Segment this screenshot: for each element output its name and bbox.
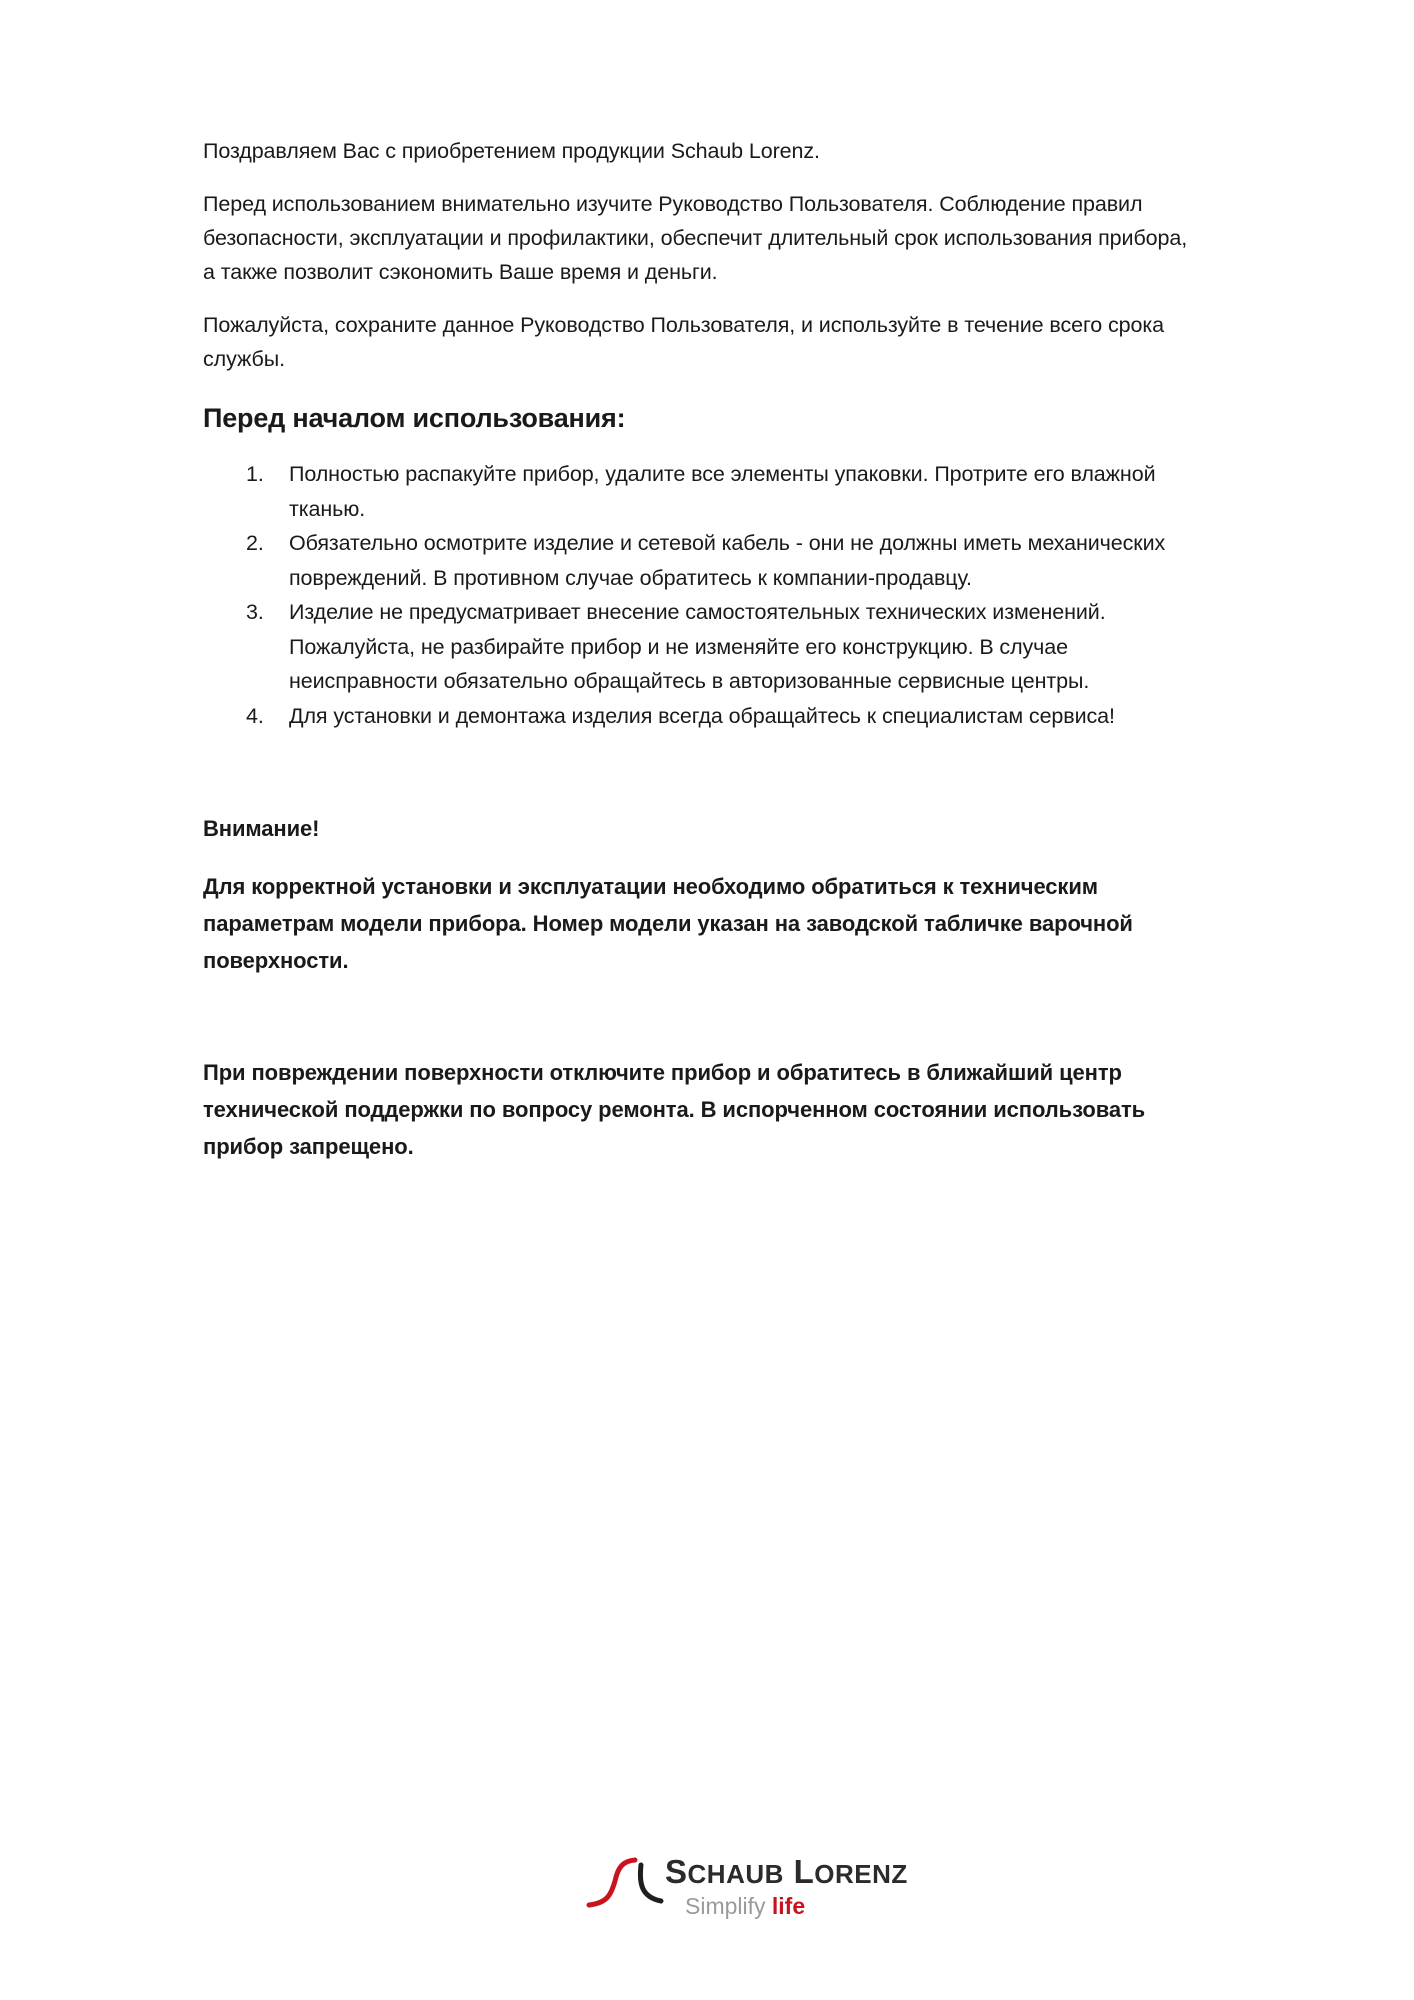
text-line: Для установки и демонтажа изделия всегда… [289, 699, 1165, 734]
schaub-lorenz-logo: SCHAUB LORENZ Simplify life [585, 1853, 935, 1923]
text-line: Изделие не предусматривает внесение само… [289, 595, 1165, 630]
brand-initial: S [665, 1853, 688, 1890]
list-number: 4. [246, 699, 264, 734]
text-line: параметрам модели прибора. Номер модели … [203, 905, 1133, 942]
list-item: 2. Обязательно осмотрите изделие и сетев… [203, 526, 1165, 595]
text-line: прибор запрещено. [203, 1128, 1145, 1165]
brand-text: CHAUB [688, 1859, 784, 1889]
brand-name: SCHAUB LORENZ [665, 1853, 908, 1891]
before-use-list: 1. Полностью распакуйте прибор, удалите … [203, 457, 1165, 733]
sl-swoosh-icon [585, 1855, 665, 1915]
text-line: Перед использованием внимательно изучите… [203, 187, 1187, 221]
text-line: Пожалуйста, сохраните данное Руководство… [203, 308, 1164, 342]
section-heading: Перед началом использования: [203, 403, 625, 434]
greeting-text: Поздравляем Вас с приобретением продукци… [203, 134, 820, 168]
text-line: Обязательно осмотрите изделие и сетевой … [289, 526, 1165, 561]
list-item: 3. Изделие не предусматривает внесение с… [203, 595, 1165, 699]
brand-initial: L [794, 1853, 815, 1890]
text-line: Для корректной установки и эксплуатации … [203, 868, 1133, 905]
text-line: Полностью распакуйте прибор, удалите все… [289, 457, 1165, 492]
text-line: неисправности обязательно обращайтесь в … [289, 664, 1165, 699]
warning-title: Внимание! [203, 810, 319, 847]
intro-paragraph-1: Перед использованием внимательно изучите… [203, 187, 1187, 289]
text-line: При повреждении поверхности отключите пр… [203, 1054, 1145, 1091]
list-number: 3. [246, 595, 264, 630]
text-line: технической поддержки по вопросу ремонта… [203, 1091, 1145, 1128]
text-line: поверхности. [203, 942, 1133, 979]
brand-text: ORENZ [814, 1859, 908, 1889]
tagline-prefix: Simplify [685, 1893, 772, 1919]
text-line: службы. [203, 342, 1164, 376]
brand-tagline: Simplify life [685, 1893, 805, 1920]
text-line: тканью. [289, 492, 1165, 527]
list-number: 1. [246, 457, 264, 492]
warning-paragraph-1: Для корректной установки и эксплуатации … [203, 868, 1133, 979]
list-item: 1. Полностью распакуйте прибор, удалите … [203, 457, 1165, 526]
tagline-accent: life [772, 1893, 805, 1919]
text-line: безопасности, эксплуатации и профилактик… [203, 221, 1187, 255]
list-number: 2. [246, 526, 264, 561]
list-item: 4. Для установки и демонтажа изделия все… [203, 699, 1165, 734]
text-line: а также позволит сэкономить Ваше время и… [203, 255, 1187, 289]
warning-paragraph-2: При повреждении поверхности отключите пр… [203, 1054, 1145, 1165]
text-line: повреждений. В противном случае обратите… [289, 561, 1165, 596]
text-line: Пожалуйста, не разбирайте прибор и не из… [289, 630, 1165, 665]
intro-paragraph-2: Пожалуйста, сохраните данное Руководство… [203, 308, 1164, 376]
